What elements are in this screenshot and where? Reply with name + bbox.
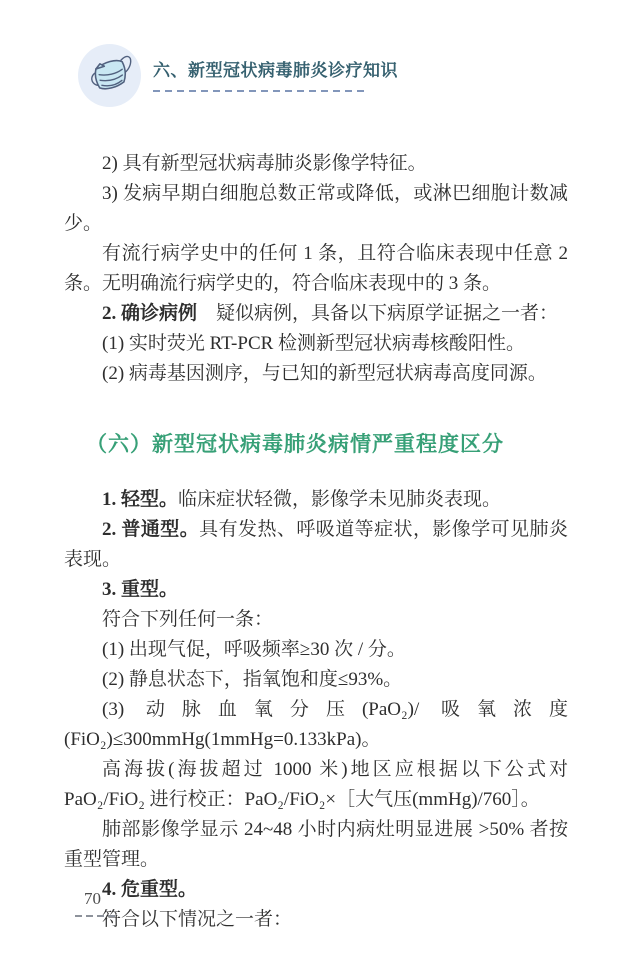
- paragraph: 肺部影像学显示 24~48 小时内病灶明显进展 >50% 者按重型管理。: [64, 815, 568, 875]
- text-run: (2) 病毒基因测序，与已知的新型冠状病毒高度同源。: [102, 363, 547, 384]
- bold-run: 2. 确诊病例: [102, 303, 197, 324]
- bold-run: 1. 轻型。: [102, 489, 178, 510]
- chapter-title-dashed-rule: [153, 90, 365, 92]
- text-run: 3) 发病早期白细胞总数正常或降低，或淋巴细胞计数减少。: [64, 183, 568, 234]
- paragraph: 高海拔(海拔超过 1000 米)地区应根据以下公式对 PaO₂/FiO₂ 进行校…: [64, 755, 568, 815]
- text-run: 符合下列任何一条：: [102, 609, 273, 630]
- text-run: 肺部影像学显示 24~48 小时内病灶明显进展 >50% 者按重型管理。: [64, 819, 568, 870]
- text-run: 高海拔(海拔超过 1000 米)地区应根据以下公式对 PaO₂/FiO₂ 进行校…: [64, 759, 568, 810]
- paragraph: (1) 出现气促，呼吸频率≥30 次 / 分。: [64, 635, 568, 665]
- chapter-header-text: 六、新型冠状病毒肺炎诊疗知识: [153, 60, 398, 92]
- paragraph: 有流行病学史中的任何 1 条，且符合临床表现中任意 2 条。无明确流行病学史的，…: [64, 239, 568, 299]
- page-number: 70: [84, 888, 119, 910]
- text-run: (1) 实时荧光 RT-PCR 检测新型冠状病毒核酸阳性。: [102, 333, 525, 354]
- paragraph: 2. 确诊病例 疑似病例，具备以下病原学证据之一者：: [64, 299, 568, 329]
- page-content: 2) 具有新型冠状病毒肺炎影像学特征。3) 发病早期白细胞总数正常或降低，或淋巴…: [64, 149, 568, 935]
- text-run: 符合以下情况之一者：: [102, 909, 292, 930]
- chapter-header: 六、新型冠状病毒肺炎诊疗知识: [0, 0, 639, 107]
- section-heading: （六）新型冠状病毒肺炎病情严重程度区分: [86, 428, 568, 460]
- text-run: (2) 静息状态下，指氧饱和度≤93%。: [102, 669, 402, 690]
- paragraph: 3) 发病早期白细胞总数正常或降低，或淋巴细胞计数减少。: [64, 179, 568, 239]
- footer-dashed-rule: [75, 915, 119, 917]
- bold-run: 3. 重型。: [102, 579, 178, 600]
- paragraph: 2. 普通型。具有发热、呼吸道等症状，影像学可见肺炎表现。: [64, 515, 568, 575]
- paragraph: 4. 危重型。: [64, 875, 568, 905]
- text-run: 疑似病例，具备以下病原学证据之一者：: [197, 303, 558, 324]
- page-footer: 70: [75, 888, 119, 917]
- paragraph: (3) 动脉血氧分压(PaO₂)/ 吸氧浓度(FiO₂)≤300mmHg(1mm…: [64, 695, 568, 755]
- paragraph: (1) 实时荧光 RT-PCR 检测新型冠状病毒核酸阳性。: [64, 329, 568, 359]
- paragraph: 3. 重型。: [64, 575, 568, 605]
- face-mask-icon: [78, 44, 141, 107]
- chapter-title: 六、新型冠状病毒肺炎诊疗知识: [153, 60, 398, 82]
- text-run: 有流行病学史中的任何 1 条，且符合临床表现中任意 2 条。无明确流行病学史的，…: [64, 243, 568, 294]
- paragraph: (2) 静息状态下，指氧饱和度≤93%。: [64, 665, 568, 695]
- paragraph: 符合下列任何一条：: [64, 605, 568, 635]
- paragraph: 2) 具有新型冠状病毒肺炎影像学特征。: [64, 149, 568, 179]
- paragraph: 1. 轻型。临床症状轻微，影像学未见肺炎表现。: [64, 485, 568, 515]
- paragraph: 符合以下情况之一者：: [64, 905, 568, 935]
- book-page: 六、新型冠状病毒肺炎诊疗知识 2) 具有新型冠状病毒肺炎影像学特征。3) 发病早…: [0, 0, 639, 959]
- body-text-before: 2) 具有新型冠状病毒肺炎影像学特征。3) 发病早期白细胞总数正常或降低，或淋巴…: [64, 149, 568, 389]
- text-run: 2) 具有新型冠状病毒肺炎影像学特征。: [102, 153, 427, 174]
- text-run: 临床症状轻微，影像学未见肺炎表现。: [178, 489, 501, 510]
- body-text-after: 1. 轻型。临床症状轻微，影像学未见肺炎表现。2. 普通型。具有发热、呼吸道等症…: [64, 485, 568, 935]
- text-run: (3) 动脉血氧分压(PaO₂)/ 吸氧浓度(FiO₂)≤300mmHg(1mm…: [64, 699, 568, 750]
- bold-run: 2. 普通型。: [102, 519, 199, 540]
- paragraph: (2) 病毒基因测序，与已知的新型冠状病毒高度同源。: [64, 359, 568, 389]
- text-run: (1) 出现气促，呼吸频率≥30 次 / 分。: [102, 639, 406, 660]
